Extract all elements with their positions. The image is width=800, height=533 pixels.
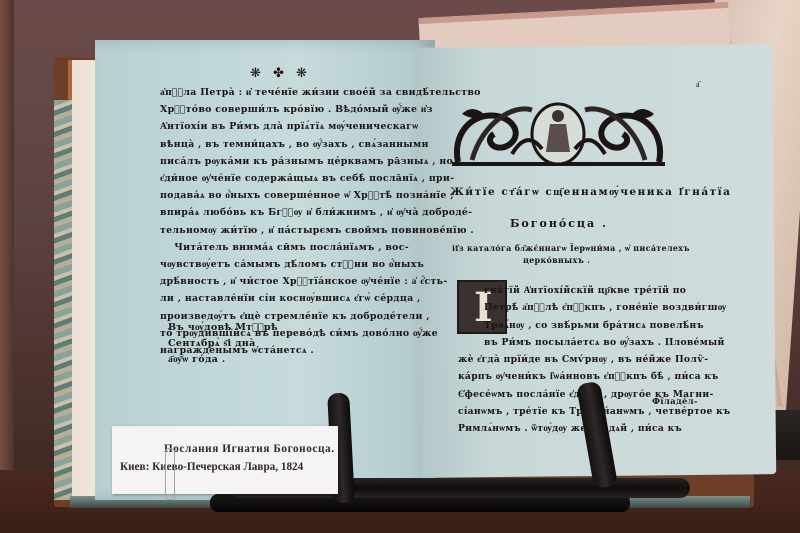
left-page-closing-date: Въ чѹ́довѣ Мтⷭ҇рѣ Сентѧбрѧ̀ ѕ҃і дна̀ а҃ѹ… — [168, 320, 278, 368]
case-frame-left — [0, 0, 14, 533]
page-number: а҃ — [696, 80, 700, 89]
exhibit-label-card: Послания Игнатия Богоносца. Киев: Киево-… — [112, 426, 338, 494]
life-title-line1: Жи́тїе ст҃а́гѡ сщ҃еннамѹ́ченика І҆гна́тї… — [450, 183, 720, 201]
paper-clip-icon — [165, 448, 175, 500]
label-imprint: Киев: Киево-Печерская Лавра, 1824 — [120, 461, 303, 473]
life-subtitle: И҆з катало́га бл҃жє́ннагѡ Їерѡни́ма , ѡ҆… — [452, 242, 690, 266]
engraved-headpiece-ornament-icon — [452, 94, 665, 166]
life-title-line2: Богоно́сца . — [510, 217, 608, 230]
headpiece-ornament-icon: ❋ ✤ ❋ — [250, 66, 311, 81]
label-title: Послания Игнатия Богоносца. — [164, 443, 335, 455]
marbled-board-edge — [54, 100, 74, 500]
left-page-body-text: а҆пⷭ҇ла Петра̀ : и҆ тече́нїе жи́зни свое… — [160, 84, 430, 359]
catchword: Фїладе́л- — [652, 397, 698, 407]
right-page-body-indented: гна́тїй А҆нтїохі́йскїй цр҃кве тре́тїй по… — [484, 282, 727, 351]
